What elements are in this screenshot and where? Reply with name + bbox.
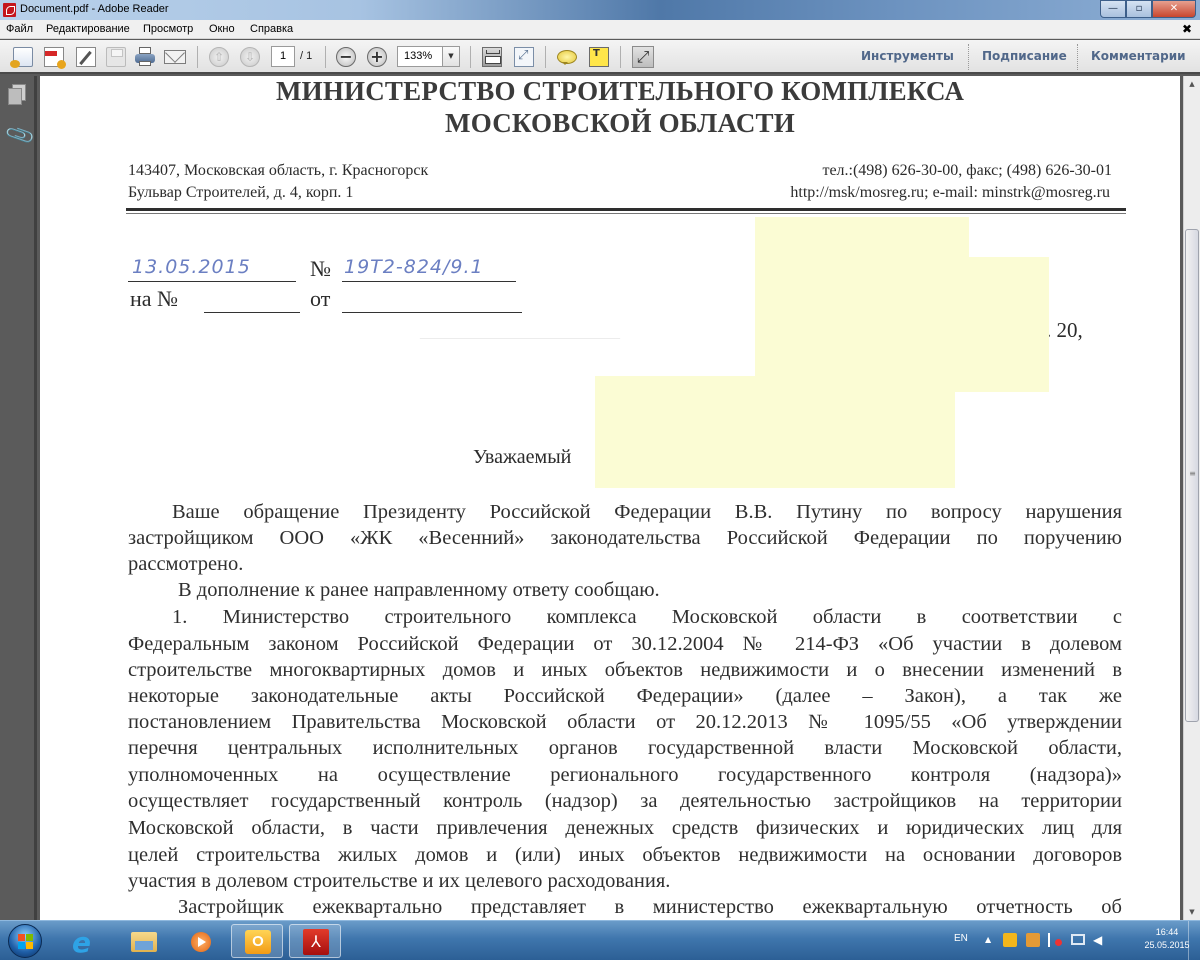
maximize-button[interactable]: ▫ bbox=[1126, 0, 1152, 18]
reference-number-label: на № bbox=[130, 286, 178, 312]
zoom-in-icon[interactable]: + bbox=[367, 47, 387, 67]
contact-phone: тел.:(498) 626-30-00, факс; (498) 626-30… bbox=[822, 162, 1112, 180]
scrollbar-thumb[interactable]: ≡ bbox=[1185, 229, 1199, 722]
network-icon[interactable] bbox=[1071, 934, 1085, 945]
print-icon[interactable] bbox=[135, 47, 155, 67]
vertical-scrollbar[interactable]: ▲ ≡ ▼ bbox=[1183, 76, 1200, 920]
page-total: / 1 bbox=[300, 50, 312, 62]
body-line: Ваше обращение Президенту Российской Фед… bbox=[128, 499, 1122, 525]
body-line: строительстве многоквартирных домов и ин… bbox=[128, 657, 1122, 683]
outgoing-number: 19Т2-824/9.1 bbox=[344, 256, 484, 278]
body-line: участия в долевом строительстве и их цел… bbox=[128, 868, 1122, 894]
menu-window[interactable]: Окно bbox=[209, 23, 235, 35]
media-player-icon[interactable] bbox=[174, 924, 226, 958]
minimize-button[interactable]: — bbox=[1100, 0, 1126, 18]
body-line: Федеральным законом Российской Федерации… bbox=[128, 631, 1122, 657]
body-line: уполномоченных на осуществление регионал… bbox=[128, 762, 1122, 788]
show-desktop-button[interactable] bbox=[1188, 921, 1200, 960]
language-indicator[interactable]: EN bbox=[954, 933, 968, 944]
taskbar: e O ⅄ EN ▲ ◀ 16:44 25.05.2015 bbox=[0, 920, 1200, 960]
tab-tools[interactable]: Инструменты bbox=[861, 49, 954, 63]
address-line-1: 143407, Московская область, г. Красногор… bbox=[128, 162, 428, 180]
action-center-icon[interactable] bbox=[1048, 933, 1062, 947]
body-line: целей строительства жилых домов и (или) … bbox=[128, 842, 1122, 868]
body-line: 1. Министерство строительного комплекса … bbox=[128, 604, 1122, 630]
show-hidden-icons[interactable]: ▲ bbox=[985, 935, 991, 944]
document-viewer[interactable]: МИНИСТЕРСТВО СТРОИТЕЛЬНОГО КОМПЛЕКСА МОС… bbox=[40, 76, 1180, 920]
menu-bar: Файл Редактирование Просмотр Окно Справк… bbox=[0, 20, 1200, 39]
title-bar: Document.pdf - Adobe Reader — ▫ ✕ bbox=[0, 0, 1200, 20]
fit-page-icon[interactable] bbox=[482, 47, 502, 67]
comment-icon[interactable] bbox=[557, 50, 577, 64]
next-page-icon[interactable]: ⇩ bbox=[240, 47, 260, 67]
adobe-reader-taskbar-icon[interactable]: ⅄ bbox=[289, 924, 341, 958]
zoom-out-icon[interactable]: − bbox=[336, 47, 356, 67]
fit-width-icon[interactable] bbox=[514, 47, 534, 67]
email-icon[interactable] bbox=[164, 50, 186, 64]
windows-explorer-icon[interactable] bbox=[117, 924, 169, 958]
tab-sign[interactable]: Подписание bbox=[982, 49, 1067, 63]
salutation: Уважаемый bbox=[473, 446, 571, 469]
body-line: постановлением Правительства Московской … bbox=[128, 709, 1122, 735]
body-line: осуществляет государственный контроль (н… bbox=[128, 788, 1122, 814]
number-sign: № bbox=[310, 256, 331, 282]
volume-icon[interactable]: ◀ bbox=[1093, 933, 1107, 947]
page-thumbnails-icon[interactable] bbox=[8, 84, 26, 104]
redaction-block bbox=[969, 257, 1049, 392]
body-line: В дополнение к ранее направленному ответ… bbox=[178, 577, 1122, 603]
menu-help[interactable]: Справка bbox=[250, 23, 293, 35]
menu-file[interactable]: Файл bbox=[6, 23, 33, 35]
body-line: застройщиком ООО «ЖК «Весенний» законода… bbox=[128, 525, 1122, 551]
grip-icon: ≡ bbox=[1189, 472, 1196, 475]
menu-edit[interactable]: Редактирование bbox=[46, 23, 130, 35]
page-number-input[interactable]: 1 bbox=[271, 46, 295, 67]
body-line: рассмотрено. bbox=[128, 551, 1122, 577]
zoom-value[interactable]: 133% bbox=[404, 50, 432, 62]
letterhead-rule bbox=[126, 208, 1126, 211]
start-button[interactable] bbox=[8, 924, 42, 958]
address-line-2: Бульвар Строителей, д. 4, корп. 1 bbox=[128, 184, 353, 202]
reference-date-label: от bbox=[310, 286, 330, 312]
body-line: перечня центральных исполнительных орган… bbox=[128, 735, 1122, 761]
create-pdf-icon[interactable] bbox=[13, 47, 33, 67]
close-document-icon[interactable]: ✖ bbox=[1182, 22, 1192, 36]
addressee-fragment: . 20, bbox=[1046, 318, 1083, 343]
attachments-icon[interactable]: 📎 bbox=[3, 121, 32, 152]
body-line: Московской области, в части привлечения … bbox=[128, 815, 1122, 841]
edit-icon[interactable] bbox=[76, 47, 96, 67]
outlook-icon[interactable]: O bbox=[231, 924, 283, 958]
window-title: Document.pdf - Adobe Reader bbox=[20, 3, 169, 15]
chevron-down-icon[interactable]: ▼ bbox=[442, 47, 459, 66]
outlook-tray-icon[interactable] bbox=[1003, 933, 1017, 947]
body-line: Застройщик ежеквартально представляет в … bbox=[128, 894, 1122, 920]
letterhead-subtitle: МОСКОВСКОЙ ОБЛАСТИ bbox=[40, 108, 1180, 139]
pdf-page: МИНИСТЕРСТВО СТРОИТЕЛЬНОГО КОМПЛЕКСА МОС… bbox=[40, 76, 1180, 920]
full-screen-icon[interactable]: ⤢ bbox=[632, 46, 654, 68]
redaction-block bbox=[595, 376, 955, 488]
scroll-down-icon[interactable]: ▼ bbox=[1184, 904, 1200, 920]
save-icon[interactable] bbox=[106, 47, 126, 67]
highlight-text-icon[interactable] bbox=[589, 47, 609, 67]
letterhead-title: МИНИСТЕРСТВО СТРОИТЕЛЬНОГО КОМПЛЕКСА bbox=[40, 76, 1180, 107]
tab-comments[interactable]: Комментарии bbox=[1091, 49, 1186, 63]
menu-view[interactable]: Просмотр bbox=[143, 23, 193, 35]
close-button[interactable]: ✕ bbox=[1152, 0, 1196, 18]
navigation-pane: 📎 bbox=[0, 76, 37, 920]
previous-page-icon[interactable]: ⇧ bbox=[209, 47, 229, 67]
redaction-block bbox=[755, 217, 969, 392]
scroll-up-icon[interactable]: ▲ bbox=[1184, 76, 1200, 92]
combine-files-icon[interactable] bbox=[44, 47, 64, 67]
contact-web-email: http://msk/mosreg.ru; e-mail: minstrk@mo… bbox=[790, 184, 1110, 202]
body-line: некоторые законодательные акты Российско… bbox=[128, 683, 1122, 709]
internet-explorer-icon[interactable]: e bbox=[58, 924, 110, 958]
app-tray-icon[interactable] bbox=[1026, 933, 1040, 947]
zoom-select[interactable]: 133% ▼ bbox=[397, 46, 460, 67]
adobe-reader-icon bbox=[3, 3, 16, 17]
outgoing-date: 13.05.2015 bbox=[132, 256, 251, 278]
